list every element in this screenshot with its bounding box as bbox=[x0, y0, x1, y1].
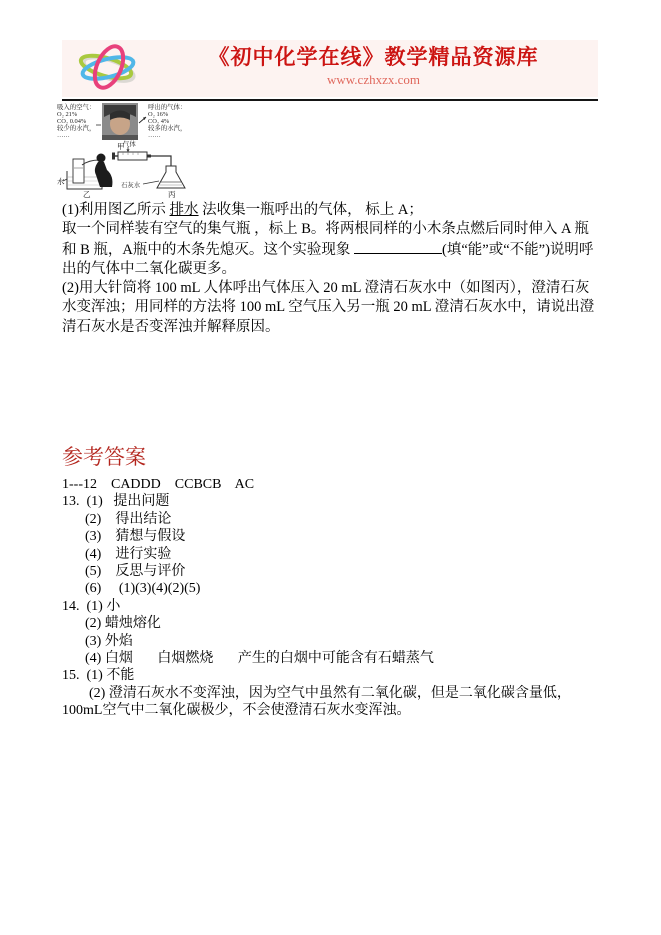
site-url: www.czhxzx.com bbox=[157, 71, 590, 89]
svg-text:……: …… bbox=[148, 132, 161, 139]
mc-answers-row: 1---12 CADDD CCBCB AC bbox=[62, 476, 607, 493]
reference-answers: 参考答案 1---12 CADDD CCBCB AC 13. (1) 提出问题 … bbox=[62, 445, 607, 720]
svg-text:CO₂ 4%: CO₂ 4% bbox=[148, 118, 170, 125]
answer-row-14-3: (3) 外焰 bbox=[85, 633, 607, 650]
boy-photo bbox=[102, 103, 138, 140]
pointer-arrow-right bbox=[139, 117, 146, 123]
answer-blank bbox=[354, 240, 442, 254]
answer-row-15-2: (2) 澄清石灰水不变浑浊，因为空气中虽然有二氧化碳，但是二氧化碳含量低，100… bbox=[62, 685, 607, 720]
label-yi: 乙 bbox=[83, 190, 91, 198]
answer-row-15-1: 15. (1) 不能 bbox=[62, 667, 607, 684]
svg-text:较少的水汽，: 较少的水汽， bbox=[57, 123, 95, 132]
answer-row-13-2: (2) 得出结论 bbox=[85, 511, 607, 528]
question-paragraph-2: (2)用大针筒将 100 mL 人体呼出气体压入 20 mL 澄清石灰水中（如图… bbox=[62, 279, 602, 337]
answer-row-13-3: (3) 猜想与假设 bbox=[85, 528, 607, 545]
label-water: 水 bbox=[57, 176, 65, 186]
answer-row-14-1: 14. (1) 小 bbox=[62, 598, 607, 615]
header-titles: 《初中化学在线》教学精品资源库 www.czhxzx.com bbox=[157, 44, 590, 89]
answer-row-13-5: (5) 反思与评价 bbox=[85, 563, 607, 580]
svg-text:……: …… bbox=[57, 132, 70, 139]
svg-text:CO₂ 0.04%: CO₂ 0.04% bbox=[57, 118, 87, 125]
q1-text-post: 法收集一瓶呼出的气体， 标上 A； bbox=[199, 202, 423, 218]
water-displacement-apparatus bbox=[67, 154, 112, 190]
question-paragraph-1: 取一个同样装有空气的集气瓶 ，标上 B。将两根同样的小木条点燃后同时伸入 A 瓶… bbox=[62, 220, 602, 279]
experiment-figure: 吸入的空气： O₂ 21% CO₂ 0.04% 较少的水汽， …… 甲 bbox=[57, 102, 199, 198]
question-line-1: (1)利用图乙所示 排水 法收集一瓶呼出的气体， 标上 A； bbox=[62, 201, 602, 220]
site-logo-icon bbox=[68, 42, 152, 96]
svg-text:O₂ 21%: O₂ 21% bbox=[57, 111, 78, 118]
svg-text:吸入的空气：: 吸入的空气： bbox=[57, 102, 95, 111]
svg-text:呼出的气体：: 呼出的气体： bbox=[148, 102, 186, 111]
question-body: (1)利用图乙所示 排水 法收集一瓶呼出的气体， 标上 A； 取一个同样装有空气… bbox=[62, 201, 602, 337]
answers-heading: 参考答案 bbox=[62, 445, 607, 469]
answer-row-13-4: (4) 进行实验 bbox=[85, 546, 607, 563]
label-gas: 气体 bbox=[123, 139, 136, 148]
q1-text-pre: (1)利用图乙所示 bbox=[62, 202, 170, 218]
q1-underlined-answer: 排水 bbox=[170, 202, 199, 218]
answer-row-14-4: (4) 白烟 白烟燃烧 产生的白烟中可能含有石蜡蒸气 bbox=[85, 650, 607, 667]
svg-text:O₂ 16%: O₂ 16% bbox=[148, 111, 169, 118]
answer-row-14-2: (2) 蜡烛熔化 bbox=[85, 615, 607, 632]
label-bing: 丙 bbox=[168, 190, 176, 198]
answer-row-13-1: 13. (1) 提出问题 bbox=[62, 493, 607, 510]
exhaled-air-text: 呼出的气体： O₂ 16% CO₂ 4% 较多的水汽， …… bbox=[148, 102, 186, 139]
answer-row-13-6: (6) (1)(3)(4)(2)(5) bbox=[85, 580, 607, 597]
inhaled-air-text: 吸入的空气： O₂ 21% CO₂ 0.04% 较少的水汽， …… bbox=[57, 102, 95, 139]
label-limewater: 石灰水 bbox=[121, 180, 141, 189]
document-page: 《初中化学在线》教学精品资源库 www.czhxzx.com 吸入的空气： O₂… bbox=[0, 0, 661, 935]
site-title: 《初中化学在线》教学精品资源库 bbox=[157, 44, 590, 71]
site-header: 《初中化学在线》教学精品资源库 www.czhxzx.com bbox=[62, 40, 598, 97]
svg-text:较多的水汽，: 较多的水汽， bbox=[148, 123, 186, 132]
header-divider bbox=[62, 99, 598, 101]
